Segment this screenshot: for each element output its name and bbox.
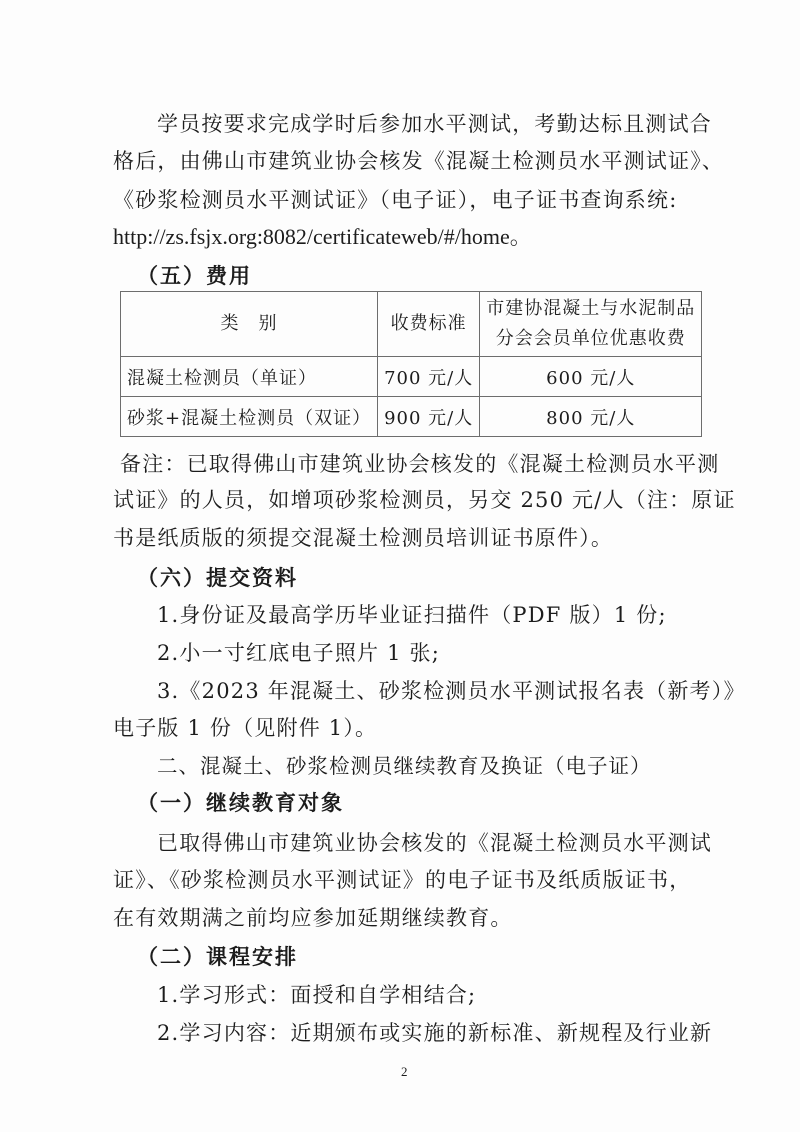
continuing-education-heading: （一）继续教育对象 <box>137 790 677 816</box>
materials-heading: （六）提交资料 <box>137 565 677 591</box>
row-standard-fee: 900 元/人 <box>378 397 480 437</box>
row-member-fee: 600 元/人 <box>480 357 702 397</box>
header-category: 类 别 <box>121 292 378 357</box>
header-member-fee: 市建协混凝土与水泥制品 分会会员单位优惠收费 <box>480 292 702 357</box>
fee-note-line-3: 书是纸质版的须提交混凝土检测员培训证书原件）。 <box>113 525 693 551</box>
continuing-education-line-1: 已取得佛山市建筑业协会核发的《混凝土检测员水平测试 <box>157 830 697 856</box>
row-member-fee: 800 元/人 <box>480 397 702 437</box>
intro-line-1: 学员按要求完成学时后参加水平测试，考勤达标且测试合 <box>157 111 697 137</box>
header-member-fee-line-2: 分会会员单位优惠收费 <box>486 324 695 354</box>
materials-item-1: 1.身份证及最高学历毕业证扫描件（PDF 版）1 份; <box>157 602 697 628</box>
fee-heading: （五）费用 <box>137 263 677 289</box>
course-arrangement-heading: （二）课程安排 <box>137 944 677 970</box>
fee-note-line-2: 试证》的人员，如增项砂浆检测员，另交 250 元/人（注：原证 <box>113 487 693 513</box>
row-standard-fee: 700 元/人 <box>378 357 480 397</box>
intro-line-3: 《砂浆检测员水平测试证》（电子证），电子证书查询系统: <box>113 187 693 213</box>
fee-note-line-1: 备注：已取得佛山市建筑业协会核发的《混凝土检测员水平测 <box>120 451 700 477</box>
continuing-education-line-3: 在有效期满之前均应参加延期继续教育。 <box>113 905 693 931</box>
course-item-1: 1.学习形式：面授和自学相结合; <box>157 982 697 1008</box>
fee-table: 类 别 收费标准 市建协混凝土与水泥制品 分会会员单位优惠收费 混凝土检测员（单… <box>120 291 702 437</box>
continuing-education-line-2: 证》、《砂浆检测员水平测试证》的电子证书及纸质版证书， <box>113 867 693 893</box>
header-member-fee-line-1: 市建协混凝土与水泥制品 <box>486 294 695 324</box>
table-row: 砂浆+混凝土检测员（双证） 900 元/人 800 元/人 <box>121 397 702 437</box>
row-category: 砂浆+混凝土检测员（双证） <box>121 397 378 437</box>
intro-line-2: 格后，由佛山市建筑业协会核发《混凝土检测员水平测试证》、 <box>113 148 693 174</box>
header-standard-fee: 收费标准 <box>378 292 480 357</box>
materials-item-2: 2.小一寸红底电子照片 1 张; <box>157 640 697 666</box>
course-item-2: 2.学习内容：近期颁布或实施的新标准、新规程及行业新 <box>157 1020 697 1046</box>
row-category: 混凝土检测员（单证） <box>121 357 378 397</box>
certificate-query-url[interactable]: http://zs.fsjx.org:8082/certificateweb/#… <box>113 224 693 250</box>
page-number: 2 <box>401 1064 408 1080</box>
materials-item-3-cont: 电子版 1 份（见附件 1）。 <box>113 715 693 741</box>
table-row: 混凝土检测员（单证） 700 元/人 600 元/人 <box>121 357 702 397</box>
part-two-heading: 二、混凝土、砂浆检测员继续教育及换证（电子证） <box>157 753 697 779</box>
materials-item-3: 3.《2023 年混凝土、砂浆检测员水平测试报名表（新考）》 <box>157 678 697 704</box>
fee-table-header-row: 类 别 收费标准 市建协混凝土与水泥制品 分会会员单位优惠收费 <box>121 292 702 357</box>
